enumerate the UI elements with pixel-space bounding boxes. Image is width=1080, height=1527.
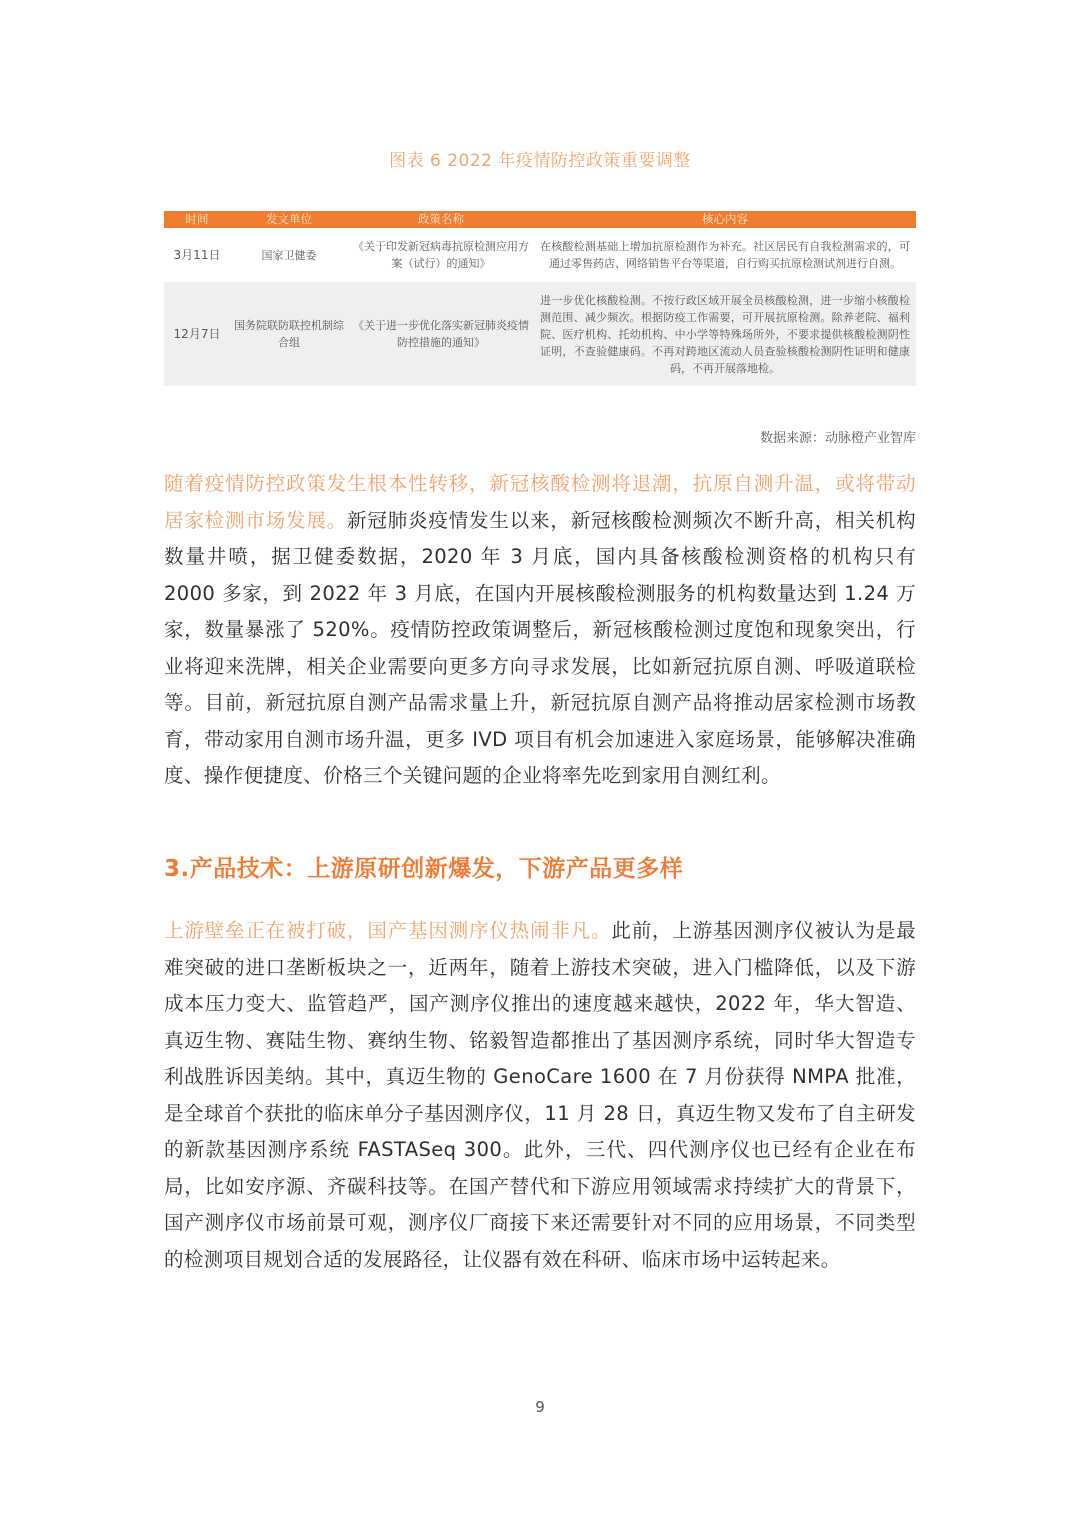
highlight-sentence: 上游壁垒正在被打破，国产基因测序仪热闹非凡。 <box>164 919 611 942</box>
header-policy-name: 政策名称 <box>348 211 534 228</box>
cell-policy: 《关于印发新冠病毒抗原检测应用方案（试行）的通知》 <box>348 228 534 282</box>
header-core-content: 核心内容 <box>534 211 916 228</box>
table-row: 12月7日 国务院联防联控机制综合组 《关于进一步优化落实新冠肺炎疫情防控措施的… <box>164 282 916 386</box>
paragraph-policy-shift: 随着疫情防控政策发生根本性转移，新冠核酸检测将退潮，抗原自测升温，或将带动居家检… <box>164 466 916 795</box>
paragraph-body: 新冠肺炎疫情发生以来，新冠核酸检测频次不断升高，相关机构数量井喷，据卫健委数据，… <box>164 509 916 788</box>
table-header-row: 时间 发文单位 政策名称 核心内容 <box>164 211 916 228</box>
cell-date: 12月7日 <box>164 282 230 386</box>
header-issuer: 发文单位 <box>230 211 348 228</box>
header-time: 时间 <box>164 211 230 228</box>
paragraph-body: 此前，上游基因测序仪被认为是最难突破的进口垄断板块之一，近两年，随着上游技术突破… <box>164 919 916 1271</box>
cell-content: 进一步优化核酸检测。不按行政区域开展全员核酸检测，进一步缩小核酸检测范围、减少频… <box>534 282 916 386</box>
page-number: 9 <box>0 1398 1080 1416</box>
figure-title: 图表 6 2022 年疫情防控政策重要调整 <box>0 146 1080 171</box>
policy-table: 时间 发文单位 政策名称 核心内容 3月11日 国家卫健委 《关于印发新冠病毒抗… <box>164 211 916 386</box>
document-page: 图表 6 2022 年疫情防控政策重要调整 时间 发文单位 政策名称 核心内容 … <box>0 0 1080 1527</box>
cell-date: 3月11日 <box>164 228 230 282</box>
paragraph-sequencing: 上游壁垒正在被打破，国产基因测序仪热闹非凡。此前，上游基因测序仪被认为是最难突破… <box>164 913 916 1278</box>
section-heading: 3.产品技术：上游原研创新爆发，下游产品更多样 <box>164 850 683 883</box>
cell-issuer: 国家卫健委 <box>230 228 348 282</box>
cell-policy: 《关于进一步优化落实新冠肺炎疫情防控措施的通知》 <box>348 282 534 386</box>
table-row: 3月11日 国家卫健委 《关于印发新冠病毒抗原检测应用方案（试行）的通知》 在核… <box>164 228 916 282</box>
data-source-note: 数据来源：动脉橙产业智库 <box>760 427 916 446</box>
cell-issuer: 国务院联防联控机制综合组 <box>230 282 348 386</box>
cell-content: 在核酸检测基础上增加抗原检测作为补充。社区居民有自我检测需求的，可通过零售药店、… <box>534 228 916 282</box>
